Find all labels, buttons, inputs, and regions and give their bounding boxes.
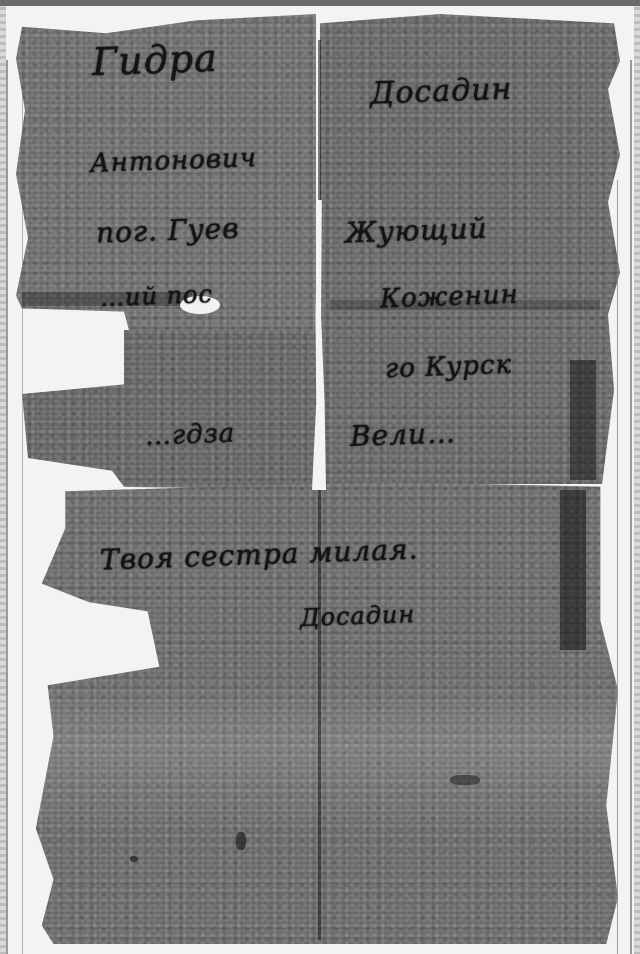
damage-band-right [560, 490, 586, 650]
photo-top-edge [0, 0, 640, 6]
paper-fragment-middle-left [22, 330, 322, 490]
handwriting-line-5-right: го Курск [385, 350, 513, 384]
ink-blot [130, 856, 138, 862]
handwriting-line-3-left: пог. Гуев [95, 212, 240, 250]
handwriting-line-2-left: Антонович [90, 143, 258, 179]
frame-line-right-inner [617, 180, 618, 954]
handwriting-line-1-right: Досадин [369, 72, 512, 112]
frame-line-right [630, 60, 632, 954]
handwriting-line-6-right: Вели… [349, 416, 456, 453]
damage-band-right [570, 360, 596, 480]
handwriting-line-4-right: Коженин [380, 280, 520, 315]
photo-edge-right [634, 0, 640, 954]
ink-blot [236, 832, 246, 850]
handwriting-signature: Досадин [300, 600, 416, 632]
paper-fade [30, 682, 618, 832]
handwriting-line-3-right: Жующий [344, 212, 488, 250]
handwriting-line-6-left: …гдза [145, 418, 236, 451]
frame-line-left [6, 60, 8, 954]
ink-blot [450, 775, 480, 785]
fold-crease [318, 40, 321, 940]
handwriting-line-1-left: Гидра [91, 36, 218, 84]
handwriting-line-4-left: …ий пос [100, 280, 214, 312]
